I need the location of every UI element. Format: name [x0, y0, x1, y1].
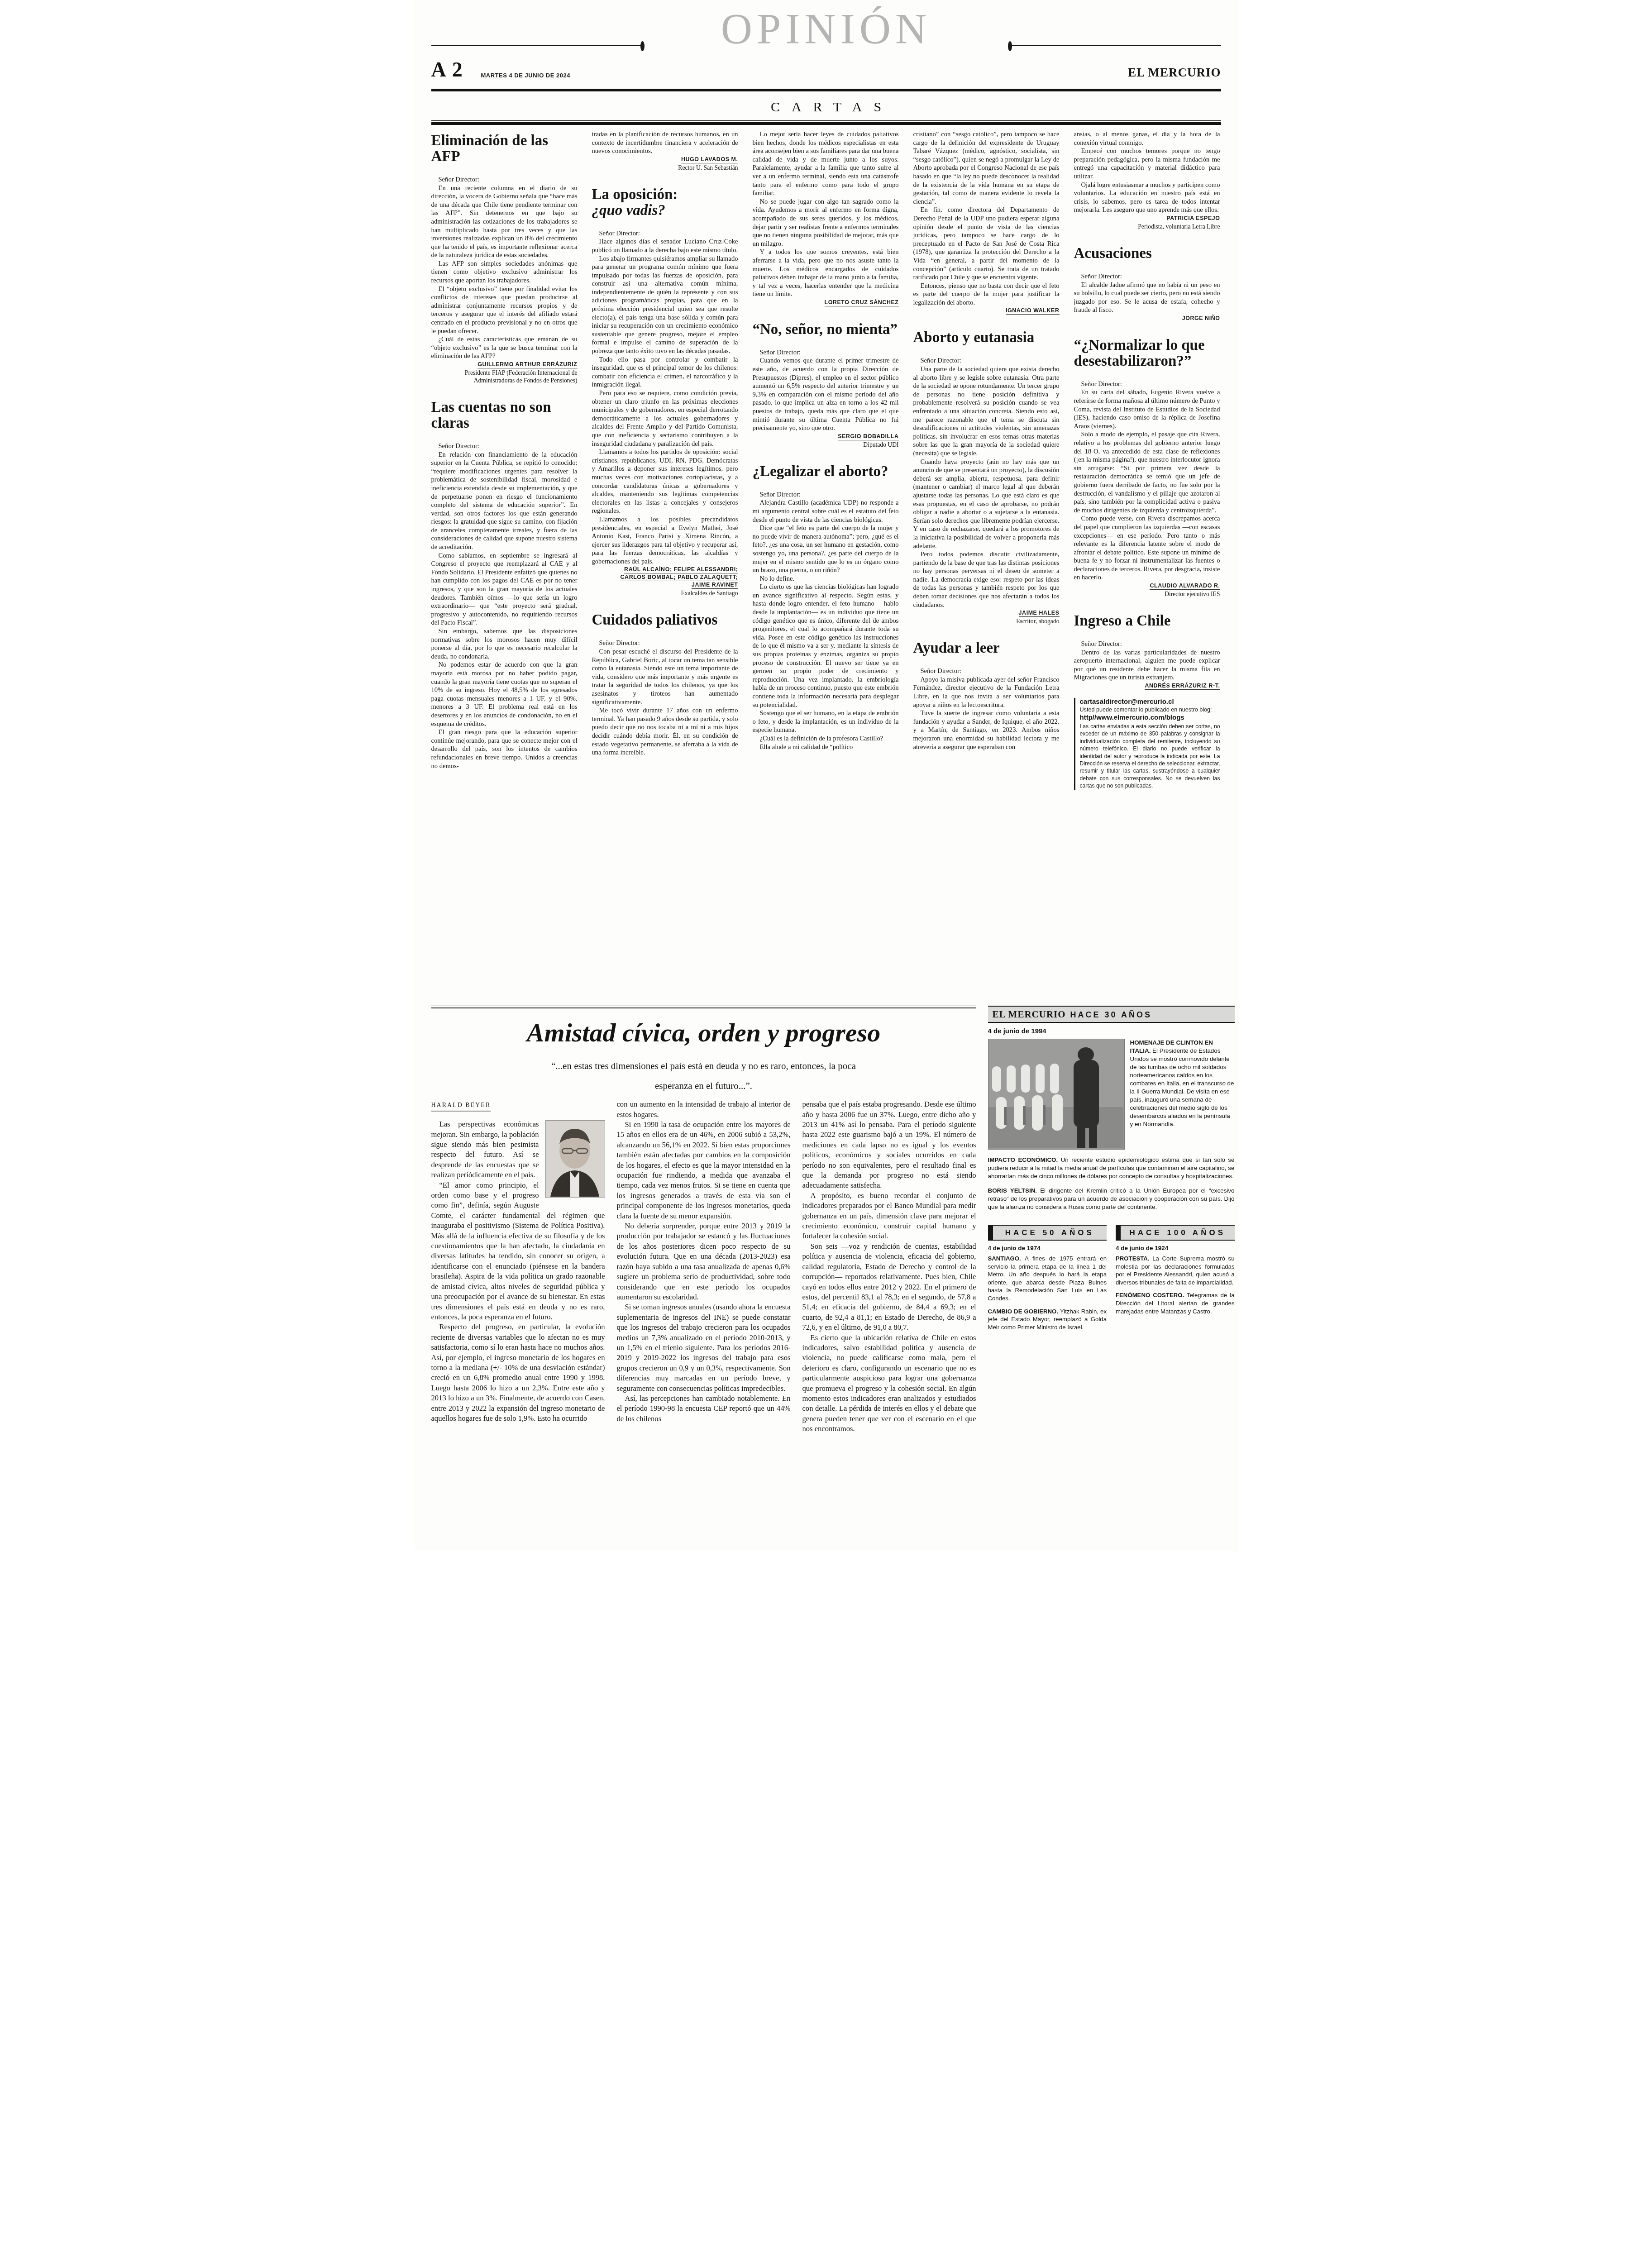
letter-paragraph: En su carta del sábado, Eugenio Rivera v…: [1074, 388, 1220, 430]
bottom-section: Amistad cívica, orden y progreso “...en …: [431, 1006, 1221, 1434]
letter-headline: Cuidados paliativos: [592, 612, 738, 628]
letter-headline: Las cuentas no son claras: [431, 400, 578, 431]
letter-paragraph: Dice que “el feto es parte del cuerpo de…: [753, 524, 899, 575]
letter-headline: Aborto y eutanasia: [913, 330, 1060, 346]
item-lead: CAMBIO DE GOBIERNO.: [988, 1308, 1059, 1315]
signature-name: IGNACIO WALKER: [1006, 307, 1060, 315]
caption-text: El Presidente de Estados Unidos se mostr…: [1130, 1047, 1234, 1127]
letter-paragraph: Y a todos los que somos creyentes, está …: [753, 248, 899, 299]
essay-paragraph: pensaba que el país estaba progresando. …: [802, 1099, 976, 1191]
letters-footer-box: cartasaldirector@mercurio.clUsted puede …: [1074, 698, 1220, 790]
letter-paragraph: Como sabíamos, en septiembre se ingresar…: [431, 552, 578, 627]
essay-paragraph: Así, las percepciones han cambiado notab…: [617, 1394, 791, 1424]
letter-paragraph: Ojalá logre entusiasmar a muchos y parti…: [1074, 181, 1220, 215]
letter-signature: PATRICIA ESPEJO: [1074, 215, 1220, 222]
letter-paragraph: En fin, como directora del Departamento …: [913, 206, 1060, 282]
letter-paragraph: No lo define.: [753, 575, 899, 583]
masthead: OPINIÓN A 2 MARTES 4 DE JUNIO DE 2024 EL…: [431, 6, 1221, 84]
essay-column: pensaba que el país estaba progresando. …: [802, 1099, 976, 1434]
letter-paragraph: ansias, o al menos ganas, el día y la ho…: [1074, 130, 1220, 147]
letter-signature: ANDRÉS ERRÁZURIZ R-T.: [1074, 682, 1220, 690]
letter-paragraph: En relación con financiamiento de la edu…: [431, 451, 578, 552]
rule-thin-bottom: [431, 120, 1221, 121]
letter-paragraph: Señor Director:: [913, 667, 1060, 676]
signature-name: JORGE NIÑO: [1182, 315, 1220, 322]
letter-paragraph: Pero para eso se requiere, como condició…: [592, 389, 738, 448]
letter-paragraph: Empecé con muchos temores porque no teng…: [1074, 147, 1220, 181]
letter-headline: La oposición:¿quo vadis?: [592, 187, 738, 219]
essay-paragraph: Si en 1990 la tasa de ocupación entre lo…: [617, 1120, 791, 1221]
blog-url: http//www.elmercurio.com/blogs: [1080, 714, 1220, 721]
signature-role: Exalcaldes de Santiago: [592, 589, 738, 597]
letter-headline: Ingreso a Chile: [1074, 613, 1220, 629]
item-lead: FENÓMENO COSTERO.: [1116, 1292, 1184, 1299]
letter-paragraph: Me tocó vivir durante 17 años con un enf…: [592, 707, 738, 757]
letter-paragraph: El alcalde Jadue afirmó que no había ni …: [1074, 281, 1220, 315]
page-number: A 2: [431, 57, 463, 81]
letter-paragraph: El “objeto exclusivo” tiene por finalida…: [431, 285, 578, 336]
essay-paragraph: con un aumento en la intensidad de traba…: [617, 1099, 791, 1120]
rule-ornament-right-icon: [1008, 41, 1012, 51]
mini-history-box: HACE 100 AÑOS4 de junio de 1924PROTESTA.…: [1116, 1225, 1235, 1336]
mini-box-item: FENÓMENO COSTERO. Telegramas de la Direc…: [1116, 1291, 1235, 1315]
byline-name: HARALD BEYER: [431, 1102, 491, 1112]
signature-name: CLAUDIO ALVARADO R.: [1150, 582, 1220, 590]
item-lead: SANTIAGO.: [988, 1255, 1021, 1262]
letter-paragraph: Todo ello pasa por controlar y combatir …: [592, 356, 738, 389]
letters-column: Eliminación de las AFPSeñor Director:En …: [431, 130, 578, 998]
mini-box-band: HACE 100 AÑOS: [1116, 1225, 1235, 1241]
letter-paragraph: Dentro de las varias particularidades de…: [1074, 649, 1220, 682]
masthead-rule-right: [1008, 45, 1221, 46]
letter-paragraph: Tuve la suerte de ingresar como voluntar…: [913, 709, 1060, 751]
letter-paragraph: Señor Director:: [431, 442, 578, 451]
rule-ornament-left-icon: [640, 41, 645, 51]
letter-signature: CARLOS BOMBAL; PABLO ZALAQUETT;: [592, 573, 738, 581]
sidebar-item: BORIS YELTSIN. El dirigente del Kremlin …: [988, 1187, 1235, 1211]
essay-title: Amistad cívica, orden y progreso: [431, 1017, 976, 1048]
letter-paragraph: Cuando haya proyecto (aún no hay más que…: [913, 458, 1060, 551]
sidebar-item: IMPACTO ECONÓMICO. Un reciente estudio e…: [988, 1156, 1235, 1180]
history-sidebar: EL MERCURIO HACE 30 AÑOS 4 de junio de 1…: [988, 1006, 1235, 1434]
letter-paragraph: Señor Director:: [592, 639, 738, 648]
letter-paragraph: Una parte de la sociedad quiere que exis…: [913, 365, 1060, 458]
letter-paragraph: Las AFP son simples sociedades anónimas …: [431, 260, 578, 285]
letter-signature: JORGE NIÑO: [1074, 315, 1220, 322]
letter-paragraph: Sin embargo, sabemos que las disposicion…: [431, 627, 578, 661]
letter-paragraph: Como puede verse, con Rivera discrepamos…: [1074, 515, 1220, 582]
mini-box-band: HACE 50 AÑOS: [988, 1225, 1107, 1241]
signature-role: Presidente FIAP (Federación Internaciona…: [431, 369, 578, 384]
page-date: MARTES 4 DE JUNIO DE 2024: [481, 72, 570, 79]
letter-signature: IGNACIO WALKER: [913, 307, 1060, 315]
letter-paragraph: Alejandra Castillo (académica UDP) no re…: [753, 499, 899, 524]
letter-paragraph: Señor Director:: [753, 349, 899, 357]
letter-signature: JAIME HALES: [913, 609, 1060, 617]
mini-box-date: 4 de junio de 1974: [988, 1245, 1107, 1251]
photo-caption: HOMENAJE DE CLINTON EN ITALIA. El Presid…: [1130, 1039, 1235, 1150]
letter-paragraph: Señor Director:: [1074, 380, 1220, 389]
essay-paragraph: Si se toman ingresos anuales (usando aho…: [617, 1302, 791, 1394]
letter-paragraph: cristiano” con “sesgo católico”, pero ta…: [913, 130, 1060, 206]
signature-name: PATRICIA ESPEJO: [1166, 215, 1220, 222]
clinton-homage-photo: [988, 1039, 1125, 1150]
essay-paragraph: No debería sorprender, porque entre 2013…: [617, 1221, 791, 1302]
letter-paragraph: Apoyo la misiva publicada ayer del señor…: [913, 676, 1060, 709]
signature-role: Rector U. San Sebastián: [592, 164, 738, 172]
letters-column: ansias, o al menos ganas, el día y la ho…: [1074, 130, 1220, 998]
letter-paragraph: Sostengo que el ser humano, en la etapa …: [753, 709, 899, 735]
letters-column: tradas en la planificación de recursos h…: [592, 130, 738, 998]
cartas-band: CARTAS: [431, 89, 1221, 125]
letter-paragraph: Lo cierto es que las ciencias biológicas…: [753, 583, 899, 709]
mini-box-item: SANTIAGO. A fines de 1975 entrará en ser…: [988, 1255, 1107, 1303]
signature-role: Director ejecutivo IES: [1074, 590, 1220, 598]
letter-paragraph: Señor Director:: [753, 491, 899, 499]
letter-paragraph: Señor Director:: [1074, 272, 1220, 281]
essay-paragraph: Son seis —voz y rendición de cuentas, es…: [802, 1241, 976, 1333]
rule-heavy-top: [431, 89, 1221, 91]
signature-name: HUGO LAVADOS M.: [681, 156, 738, 163]
letter-headline: Ayudar a leer: [913, 640, 1060, 656]
sidebar-photo-row: HOMENAJE DE CLINTON EN ITALIA. El Presid…: [988, 1039, 1235, 1150]
signature-name: RAÚL ALCAÍNO; FELIPE ALESSANDRI;: [624, 566, 738, 573]
signature-role: Diputado UDI: [753, 441, 899, 449]
footer-note: Usted puede comentar lo publicado en nue…: [1080, 707, 1220, 713]
signature-role: Periodista, voluntaria Letra Libre: [1074, 223, 1220, 230]
mini-history-boxes: HACE 50 AÑOS4 de junio de 1974SANTIAGO. …: [988, 1225, 1235, 1336]
item-lead: IMPACTO ECONÓMICO.: [988, 1156, 1058, 1163]
portrait-graphic: [546, 1121, 604, 1197]
letter-paragraph: Señor Director:: [1074, 640, 1220, 649]
section-title: OPINIÓN: [431, 4, 1221, 54]
letter-headline: “¿Normalizar lo que desestabilizaron?”: [1074, 338, 1220, 369]
mini-box-item: CAMBIO DE GOBIERNO. Yitzhak Rabin, ex je…: [988, 1308, 1107, 1332]
letters-section: Eliminación de las AFPSeñor Director:En …: [431, 130, 1221, 998]
mini-history-box: HACE 50 AÑOS4 de junio de 1974SANTIAGO. …: [988, 1225, 1107, 1336]
essay-column: HARALD BEYER Las perspectivas económicas…: [431, 1099, 605, 1434]
signature-name: CARLOS BOMBAL; PABLO ZALAQUETT;: [621, 574, 738, 581]
letter-paragraph: Cuando vemos que durante el primer trime…: [753, 357, 899, 432]
essay-column: con un aumento en la intensidad de traba…: [617, 1099, 791, 1434]
letter-paragraph: No podemos estar de acuerdo con que la g…: [431, 661, 578, 728]
letter-paragraph: Entonces, pienso que no basta con decir …: [913, 282, 1060, 307]
newspaper-page: OPINIÓN A 2 MARTES 4 DE JUNIO DE 2024 EL…: [413, 0, 1239, 1551]
item-lead: BORIS YELTSIN.: [988, 1187, 1037, 1194]
mini-box-item: PROTESTA. La Corte Suprema mostró su mol…: [1116, 1255, 1235, 1286]
letter-paragraph: Señor Director:: [913, 357, 1060, 365]
letter-headline: ¿Legalizar el aborto?: [753, 464, 899, 480]
signature-role: Escritor, abogado: [913, 617, 1060, 625]
essay-paragraph: Es cierto que la ubicación relativa de C…: [802, 1333, 976, 1434]
letter-paragraph: Llamamos a todos los partidos de oposici…: [592, 448, 738, 516]
letter-paragraph: No se puede jugar con algo tan sagrado c…: [753, 198, 899, 248]
letter-signature: GUILLERMO ARTHUR ERRÁZURIZ: [431, 361, 578, 368]
letter-paragraph: Ella alude a mi calidad de “político: [753, 743, 899, 752]
letter-paragraph: El gran riesgo para que la educación sup…: [431, 728, 578, 770]
letter-signature: RAÚL ALCAÍNO; FELIPE ALESSANDRI;: [592, 566, 738, 573]
letter-signature: SERGIO BOBADILLA: [753, 433, 899, 440]
letter-paragraph: Señor Director:: [431, 176, 578, 184]
letter-paragraph: Con pesar escuché el discurso del Presid…: [592, 648, 738, 707]
signature-name: ANDRÉS ERRÁZURIZ R-T.: [1145, 683, 1220, 690]
signature-name: JAIME RAVINET: [692, 582, 738, 589]
signature-name: LORETO CRUZ SÁNCHEZ: [825, 299, 899, 306]
harald-beyer-portrait: [545, 1120, 605, 1198]
letters-column: Lo mejor sería hacer leyes de cuidados p…: [753, 130, 899, 998]
letter-paragraph: Los abajo firmantes quisiéramos ampliar …: [592, 255, 738, 356]
letter-paragraph: Señor Director:: [592, 229, 738, 238]
essay-paragraph: “El amor como principio, el orden como b…: [431, 1180, 605, 1322]
essay-columns: HARALD BEYER Las perspectivas económicas…: [431, 1099, 976, 1434]
letters-column: cristiano” con “sesgo católico”, pero ta…: [913, 130, 1060, 998]
band-brand: EL MERCURIO: [993, 1009, 1066, 1020]
item-text: A fines de 1975 entrará en servicio la p…: [988, 1255, 1107, 1302]
essay-paragraph: A propósito, es bueno recordar el conjun…: [802, 1191, 976, 1241]
letter-signature: HUGO LAVADOS M.: [592, 156, 738, 163]
masthead-rule-left: [431, 45, 644, 46]
letter-signature: JAIME RAVINET: [592, 581, 738, 589]
sidebar-items: IMPACTO ECONÓMICO. Un reciente estudio e…: [988, 1156, 1235, 1211]
band-title: HACE 30 AÑOS: [1070, 1010, 1152, 1020]
letters-policy: Las cartas enviadas a esta sección deben…: [1080, 723, 1220, 790]
letter-paragraph: Hace algunos días el senador Luciano Cru…: [592, 238, 738, 254]
letter-headline-italic: ¿quo vadis?: [592, 202, 665, 219]
letter-paragraph: tradas en la planificación de recursos h…: [592, 130, 738, 156]
essay-paragraph: Respecto del progreso, en particular, la…: [431, 1322, 605, 1423]
item-lead: PROTESTA.: [1116, 1255, 1150, 1262]
letter-paragraph: Lo mejor sería hacer leyes de cuidados p…: [753, 130, 899, 198]
hace-30-date: 4 de junio de 1994: [988, 1027, 1235, 1035]
essay-article: Amistad cívica, orden y progreso “...en …: [431, 1006, 976, 1434]
letter-paragraph: En una reciente columna en el diario de …: [431, 184, 578, 260]
clinton-photo-graphic: [988, 1039, 1123, 1148]
letter-signature: CLAUDIO ALVARADO R.: [1074, 582, 1220, 590]
letter-paragraph: ¿Cuál es la definición de la profesora C…: [753, 735, 899, 743]
newspaper-brand: EL MERCURIO: [1128, 66, 1221, 80]
signature-name: GUILLERMO ARTHUR ERRÁZURIZ: [477, 361, 577, 368]
letter-paragraph: Solo a modo de ejemplo, el pasaje que ci…: [1074, 430, 1220, 515]
letter-headline: Eliminación de las AFP: [431, 133, 578, 165]
essay-top-rule: [431, 1006, 976, 1007]
letter-signature: LORETO CRUZ SÁNCHEZ: [753, 299, 899, 306]
letter-headline: Acusaciones: [1074, 246, 1220, 262]
mini-box-date: 4 de junio de 1924: [1116, 1245, 1235, 1251]
signature-name: JAIME HALES: [1019, 610, 1060, 617]
rule-heavy-bottom: [431, 122, 1221, 125]
letter-paragraph: ¿Cuál de estas características que emana…: [431, 335, 578, 361]
letter-paragraph: Pero todos podemos discutir civilizadame…: [913, 550, 1060, 609]
letter-paragraph: Llamamos a los posibles precandidatos pr…: [592, 516, 738, 566]
letter-headline: “No, señor, no mienta”: [753, 322, 899, 338]
hace-30-anos-band: EL MERCURIO HACE 30 AÑOS: [988, 1006, 1235, 1023]
essay-pull-quote: “...en estas tres dimensiones el país es…: [548, 1056, 860, 1096]
email-address: cartasaldirector@mercurio.cl: [1080, 698, 1220, 706]
cartas-title: CARTAS: [431, 93, 1221, 120]
essay-byline: HARALD BEYER: [431, 1099, 605, 1119]
signature-name: SERGIO BOBADILLA: [838, 433, 898, 440]
